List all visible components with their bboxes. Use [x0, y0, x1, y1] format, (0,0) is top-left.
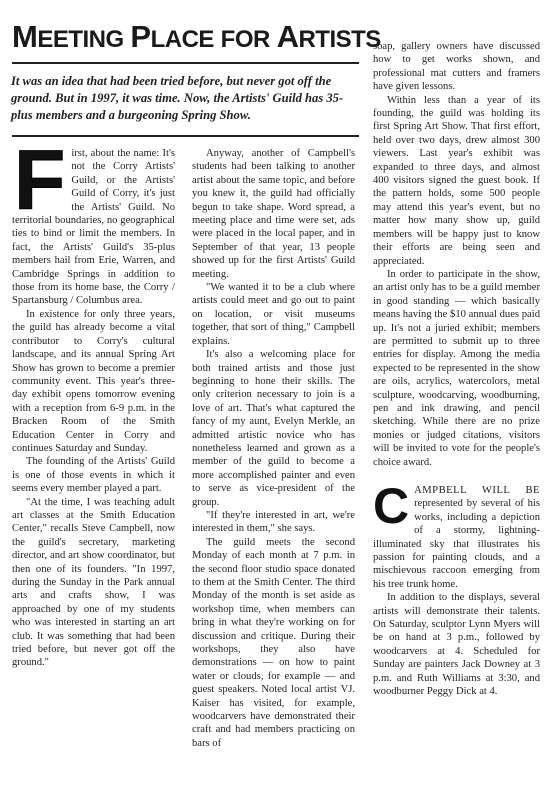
column-1: First, about the name: It's not the Corr…	[12, 147, 175, 670]
column-2: Anyway, another of Campbell's students h…	[192, 147, 355, 750]
drop-cap: F	[14, 149, 65, 213]
paragraph: "We wanted it to be a club where artists…	[192, 281, 355, 348]
paragraph: "At the time, I was teaching adult art c…	[12, 496, 175, 670]
paragraph: In order to participate in the show, an …	[373, 268, 540, 469]
paragraph: Anyway, another of Campbell's students h…	[192, 147, 355, 281]
paragraph: The founding of the Artists' Guild is on…	[12, 455, 175, 495]
paragraph: First, about the name: It's not the Corr…	[12, 147, 175, 308]
headline-initial: M	[12, 19, 37, 54]
headline-text: FOR	[221, 26, 270, 53]
lead-in-caps: AMPBELL WILL BE	[414, 485, 540, 496]
column-3: soap, gallery owners have discussed how …	[373, 40, 540, 699]
drop-cap: C	[373, 487, 409, 527]
paragraph: Within less than a year of its founding,…	[373, 94, 540, 268]
paragraph: soap, gallery owners have discussed how …	[373, 40, 540, 94]
headline-text: RTISTS	[298, 26, 380, 53]
article-deck: It was an idea that had been tried befor…	[11, 73, 361, 124]
headline-text: LACE	[151, 26, 214, 53]
paragraph: In existence for only three years, the g…	[12, 308, 175, 455]
paragraph: The guild meets the second Monday of eac…	[192, 536, 355, 751]
headline-rule	[12, 62, 359, 64]
article-headline: MEETING PLACE FOR ARTISTS	[12, 20, 360, 57]
paragraph: In addition to the displays, several art…	[373, 591, 540, 698]
headline-initial: P	[130, 19, 150, 54]
headline-initial: A	[277, 19, 299, 54]
paragraph: CAMPBELL WILL BE represented by several …	[373, 484, 540, 591]
headline-text: EETING	[37, 26, 123, 53]
paragraph: It's also a welcoming place for both tra…	[192, 348, 355, 509]
paragraph: "If they're interested in art, we're int…	[192, 509, 355, 536]
